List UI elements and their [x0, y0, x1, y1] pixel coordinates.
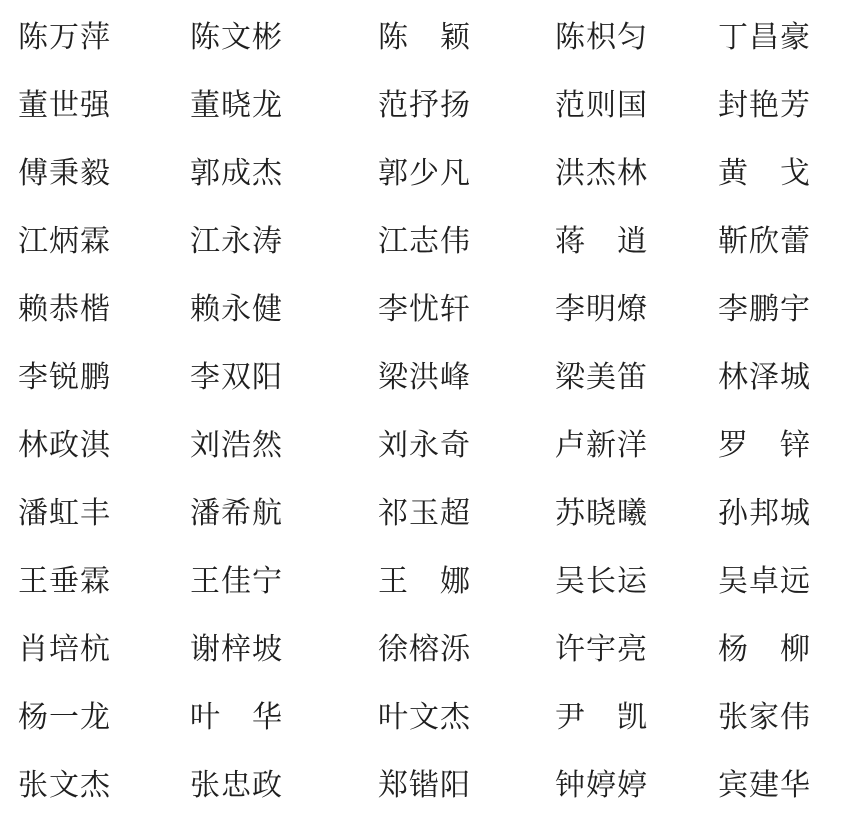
name-cell: 苏晓曦: [555, 476, 718, 544]
name-cell: 许宇亮: [555, 612, 718, 680]
name-cell: 卢新洋: [555, 408, 718, 476]
name-cell: 宾建华: [718, 748, 854, 816]
name-cell: 江炳霖: [18, 204, 190, 272]
name-cell: 陈文彬: [190, 0, 378, 68]
name-cell: 叶 华: [190, 680, 378, 748]
name-cell: 赖永健: [190, 272, 378, 340]
name-cell: 叶文杰: [378, 680, 555, 748]
name-cell: 江永涛: [190, 204, 378, 272]
name-cell: 董晓龙: [190, 68, 378, 136]
name-cell: 李明燎: [555, 272, 718, 340]
name-cell: 丁昌豪: [718, 0, 854, 68]
name-cell: 陈枳匀: [555, 0, 718, 68]
name-cell: 黄 戈: [718, 136, 854, 204]
name-cell: 郭成杰: [190, 136, 378, 204]
name-cell: 洪杰林: [555, 136, 718, 204]
name-cell: 张文杰: [18, 748, 190, 816]
name-cell: 林政淇: [18, 408, 190, 476]
name-cell: 蒋 逍: [555, 204, 718, 272]
name-cell: 徐榕泺: [378, 612, 555, 680]
name-cell: 罗 锌: [718, 408, 854, 476]
name-cell: 范则国: [555, 68, 718, 136]
name-cell: 封艳芳: [718, 68, 854, 136]
name-cell: 陈 颖: [378, 0, 555, 68]
name-cell: 王垂霖: [18, 544, 190, 612]
name-cell: 林泽城: [718, 340, 854, 408]
name-cell: 李忧轩: [378, 272, 555, 340]
name-cell: 吴卓远: [718, 544, 854, 612]
name-roster-page: 陈万萍陈文彬陈 颖陈枳匀丁昌豪董世强董晓龙范抒扬范则国封艳芳傅秉毅郭成杰郭少凡洪…: [0, 0, 854, 816]
name-cell: 肖培杭: [18, 612, 190, 680]
name-cell: 祁玉超: [378, 476, 555, 544]
name-cell: 潘希航: [190, 476, 378, 544]
name-cell: 张忠政: [190, 748, 378, 816]
name-cell: 江志伟: [378, 204, 555, 272]
name-cell: 靳欣蕾: [718, 204, 854, 272]
name-cell: 李鹏宇: [718, 272, 854, 340]
name-cell: 范抒扬: [378, 68, 555, 136]
name-cell: 王佳宁: [190, 544, 378, 612]
name-cell: 杨一龙: [18, 680, 190, 748]
name-cell: 谢梓坡: [190, 612, 378, 680]
name-cell: 吴长运: [555, 544, 718, 612]
name-cell: 董世强: [18, 68, 190, 136]
name-cell: 陈万萍: [18, 0, 190, 68]
name-cell: 钟婷婷: [555, 748, 718, 816]
name-cell: 张家伟: [718, 680, 854, 748]
name-cell: 郑锴阳: [378, 748, 555, 816]
name-cell: 李锐鹏: [18, 340, 190, 408]
name-cell: 赖恭楷: [18, 272, 190, 340]
name-cell: 李双阳: [190, 340, 378, 408]
name-cell: 王 娜: [378, 544, 555, 612]
name-cell: 尹 凯: [555, 680, 718, 748]
name-cell: 杨 柳: [718, 612, 854, 680]
name-grid: 陈万萍陈文彬陈 颖陈枳匀丁昌豪董世强董晓龙范抒扬范则国封艳芳傅秉毅郭成杰郭少凡洪…: [0, 0, 854, 816]
name-cell: 傅秉毅: [18, 136, 190, 204]
name-cell: 潘虹丰: [18, 476, 190, 544]
name-cell: 郭少凡: [378, 136, 555, 204]
name-cell: 孙邦城: [718, 476, 854, 544]
name-cell: 刘永奇: [378, 408, 555, 476]
name-cell: 梁美笛: [555, 340, 718, 408]
name-cell: 梁洪峰: [378, 340, 555, 408]
name-cell: 刘浩然: [190, 408, 378, 476]
